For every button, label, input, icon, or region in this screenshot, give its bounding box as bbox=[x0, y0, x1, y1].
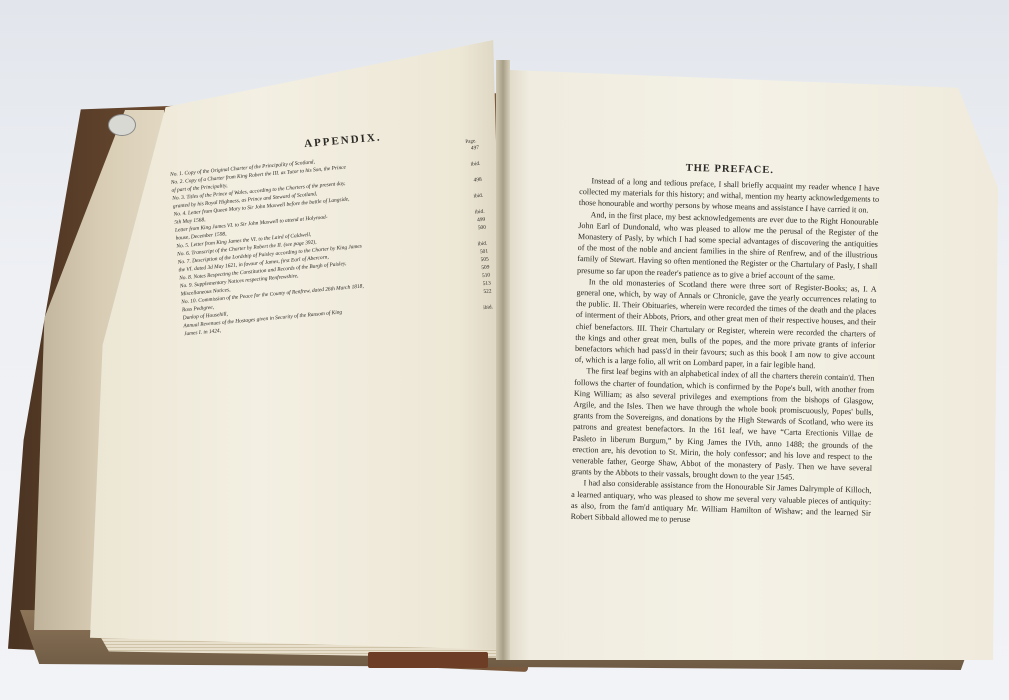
preface-paragraph: In the old monasteries of Scotland there… bbox=[575, 276, 877, 373]
preface-paragraph: And, in the first place, my best acknowl… bbox=[577, 209, 879, 284]
library-stamp-icon bbox=[108, 114, 136, 136]
preface-text: THE PREFACE. Instead of a long and tedio… bbox=[571, 160, 880, 530]
appendix-entry-list: No. 1. Copy of the Original Charter of t… bbox=[170, 144, 493, 338]
spine-leather-tab bbox=[368, 652, 488, 668]
preface-paragraph: The first leaf begins with an alphabetic… bbox=[572, 365, 875, 485]
book-gutter bbox=[496, 60, 510, 660]
preface-paragraph: I had also considerable assistance from … bbox=[571, 477, 872, 530]
appendix-contents: APPENDIX. Page. No. 1. Copy of the Origi… bbox=[168, 123, 493, 338]
